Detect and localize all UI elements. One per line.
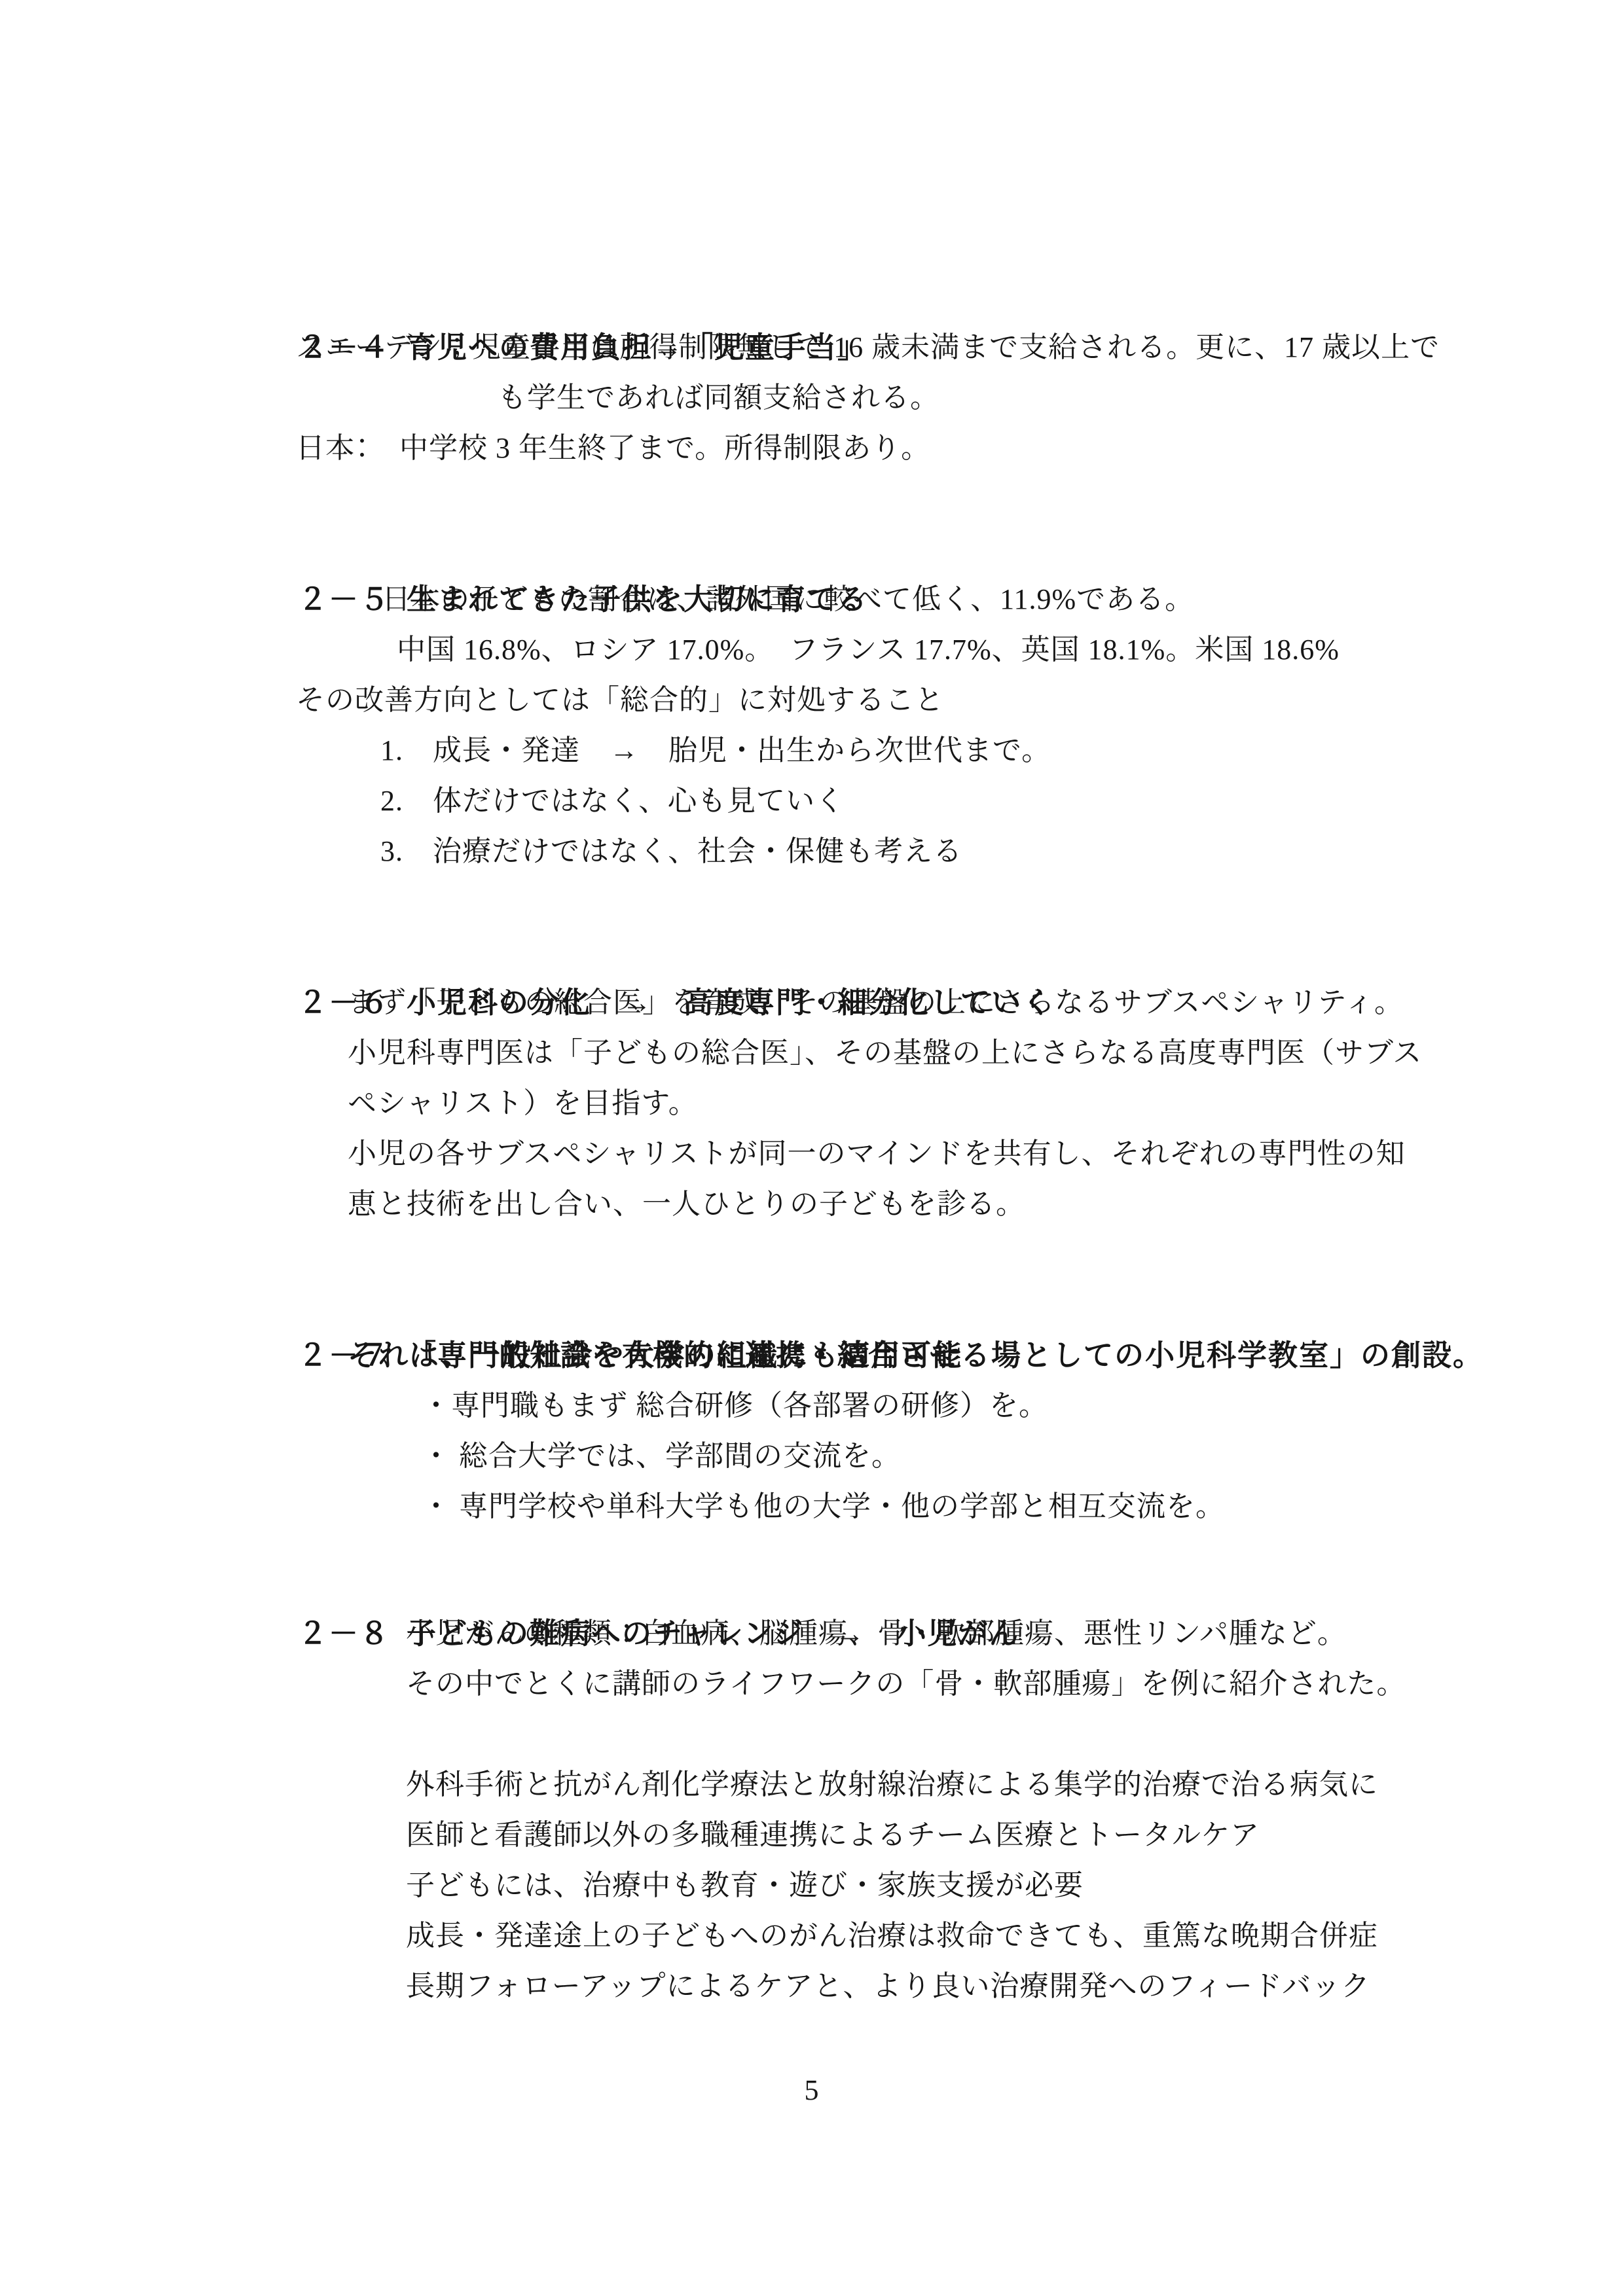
list-item: 2. 体だけではなく、心も見ていく xyxy=(0,776,1623,826)
document-page: ２－４育児への費用負担→「児童手当」 スエーデン；児童手当は所得制限無しで 16… xyxy=(0,0,1623,2296)
spacer xyxy=(0,1709,1623,1759)
bullet-item: ・ 総合大学では、学部間の交流を。 xyxy=(0,1431,1623,1481)
paragraph-line: 長期フォローアップによるケアと、より良い治療開発へのフィードバック xyxy=(0,1961,1623,2011)
paragraph-line: 成長・発達途上の子どもへのがん治療は救命できても、重篤な晩期合併症 xyxy=(0,1910,1623,1961)
paragraph-line: 外科手術と抗がん剤化学療法と放射線治療による集学的治療で治る病気に xyxy=(0,1759,1623,1810)
list-item: 3. 治療だけではなく、社会・保健も考える xyxy=(0,826,1623,876)
spacer xyxy=(0,1532,1623,1558)
page-number: 5 xyxy=(0,2065,1623,2115)
spacer xyxy=(0,876,1623,927)
bullet-item: ・ 専門学校や単科大学も他の大学・他の学部と相互交流を。 xyxy=(0,1481,1623,1532)
body-line: 小児の各サブスペシャリストが同一のマインドを共有し、それぞれの専門性の知 xyxy=(0,1128,1623,1179)
document-content: ２－４育児への費用負担→「児童手当」 スエーデン；児童手当は所得制限無しで 16… xyxy=(0,0,1623,2011)
section-heading: ２－５生まれてきた子供を大切に育てる xyxy=(0,524,1623,574)
paragraph-line: 子どもには、治療中も教育・遊び・家族支援が必要 xyxy=(0,1860,1623,1910)
section-number: ２－５ xyxy=(298,583,390,616)
body-line: その改善方向としては「総合的」に対処すること xyxy=(0,675,1623,725)
spacer xyxy=(0,473,1623,524)
body-line: 恵と技術を出し合い、一人ひとりの子どもを診る。 xyxy=(0,1179,1623,1229)
section-heading: ２－４育児への費用負担→「児童手当」 xyxy=(0,272,1623,322)
section-heading: ２－８子どもの難病へのチャレンジ → 小児がん xyxy=(0,1558,1623,1608)
body-line: 日本： 中学校 3 年生終了まで。所得制限あり。 xyxy=(0,423,1623,473)
list-item: 1. 成長・発達 → 胎児・出生から次世代まで。 xyxy=(0,725,1623,776)
paragraph-line: 医師と看護師以外の多職種連携によるチーム医療とトータルケア xyxy=(0,1810,1623,1860)
section-heading: ２－６小児科の分化 → 高度専門・細分化していく xyxy=(0,927,1623,977)
body-line: ペシャリスト）を目指す。 xyxy=(0,1078,1623,1128)
section-heading: ２－７「専門的知識を有機的に連携・結合させる場としての小児科学教室」の創設。 xyxy=(0,1280,1623,1330)
section-number: ２－８ xyxy=(298,1617,390,1650)
spacer xyxy=(0,1229,1623,1280)
